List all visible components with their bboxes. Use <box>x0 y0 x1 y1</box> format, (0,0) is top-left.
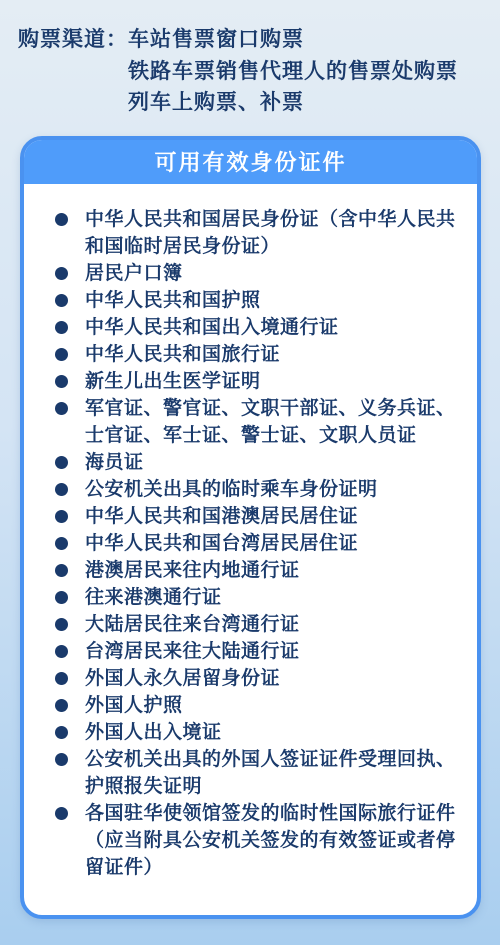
bullet-icon <box>55 726 68 739</box>
purchase-channels-lines: 车站售票窗口购票 铁路车票销售代理人的售票处购票 列车上购票、补票 <box>128 24 486 119</box>
list-item: 外国人永久居留身份证 <box>55 665 469 692</box>
list-item: 港澳居民来往内地通行证 <box>55 557 469 584</box>
item-text: 中华人民共和国出入境通行证 <box>85 316 339 338</box>
bullet-icon <box>55 294 68 307</box>
item-text: 公安机关出具的外国人签证证件受理回执、 护照报失证明 <box>85 748 456 797</box>
list-item: 海员证 <box>55 449 469 476</box>
item-text: 各国驻华使领馆签发的临时性国际旅行证件 （应当附具公安机关签发的有效签证或者停 … <box>85 802 456 878</box>
item-text: 公安机关出具的临时乘车身份证明 <box>85 478 378 500</box>
list-item: 中华人民共和国出入境通行证 <box>55 314 469 341</box>
list-item: 往来港澳通行证 <box>55 584 469 611</box>
bullet-icon <box>55 267 68 280</box>
list-item: 台湾居民来往大陆通行证 <box>55 638 469 665</box>
item-text: 居民户口簿 <box>85 262 183 284</box>
list-item: 外国人出入境证 <box>55 719 469 746</box>
item-text: 海员证 <box>85 451 144 473</box>
bullet-icon <box>55 213 68 226</box>
item-text: 中华人民共和国台湾居民居住证 <box>85 532 358 554</box>
purchase-channels-section: 购票渠道： 车站售票窗口购票 铁路车票销售代理人的售票处购票 列车上购票、补票 <box>0 0 500 119</box>
item-text: 新生儿出生医学证明 <box>85 370 261 392</box>
list-item: 中华人民共和国旅行证 <box>55 341 469 368</box>
bullet-icon <box>55 618 68 631</box>
list-item: 中华人民共和国护照 <box>55 287 469 314</box>
bullet-icon <box>55 645 68 658</box>
bullet-icon <box>55 375 68 388</box>
item-text: 中华人民共和国居民身份证（含中华人民共 和国临时居民身份证） <box>85 208 456 257</box>
channel-line: 铁路车票销售代理人的售票处购票 <box>128 56 486 88</box>
list-item: 公安机关出具的外国人签证证件受理回执、 护照报失证明 <box>55 746 469 800</box>
item-text: 中华人民共和国护照 <box>85 289 261 311</box>
list-item: 各国驻华使领馆签发的临时性国际旅行证件 （应当附具公安机关签发的有效签证或者停 … <box>55 800 469 881</box>
item-text: 军官证、警官证、文职干部证、义务兵证、 士官证、军士证、警士证、文职人员证 <box>85 397 456 446</box>
list-item: 公安机关出具的临时乘车身份证明 <box>55 476 469 503</box>
item-text: 大陆居民往来台湾通行证 <box>85 613 300 635</box>
bullet-icon <box>55 672 68 685</box>
bullet-icon <box>55 591 68 604</box>
item-text: 外国人永久居留身份证 <box>85 667 280 689</box>
list-item: 中华人民共和国居民身份证（含中华人民共 和国临时居民身份证） <box>55 206 469 260</box>
item-text: 往来港澳通行证 <box>85 586 222 608</box>
list-item: 军官证、警官证、文职干部证、义务兵证、 士官证、军士证、警士证、文职人员证 <box>55 395 469 449</box>
item-text: 中华人民共和国港澳居民居住证 <box>85 505 358 527</box>
item-text: 中华人民共和国旅行证 <box>85 343 280 365</box>
list-item: 新生儿出生医学证明 <box>55 368 469 395</box>
item-text: 港澳居民来往内地通行证 <box>85 559 300 581</box>
item-text: 外国人出入境证 <box>85 721 222 743</box>
channel-line: 列车上购票、补票 <box>128 87 486 119</box>
purchase-channels-label: 购票渠道： <box>18 24 128 56</box>
id-list: 中华人民共和国居民身份证（含中华人民共 和国临时居民身份证） 居民户口簿 中华人… <box>24 184 477 915</box>
bullet-icon <box>55 321 68 334</box>
bullet-icon <box>55 564 68 577</box>
card-title: 可用有效身份证件 <box>24 140 477 184</box>
item-text: 外国人护照 <box>85 694 183 716</box>
bullet-icon <box>55 753 68 766</box>
bullet-icon <box>55 348 68 361</box>
page: 购票渠道： 车站售票窗口购票 铁路车票销售代理人的售票处购票 列车上购票、补票 … <box>0 0 500 945</box>
bullet-icon <box>55 483 68 496</box>
list-item: 外国人护照 <box>55 692 469 719</box>
bullet-icon <box>55 537 68 550</box>
channel-line: 车站售票窗口购票 <box>128 24 486 56</box>
bullet-icon <box>55 807 68 820</box>
valid-id-card: 可用有效身份证件 中华人民共和国居民身份证（含中华人民共 和国临时居民身份证） … <box>20 136 481 919</box>
bullet-icon <box>55 699 68 712</box>
bullet-icon <box>55 402 68 415</box>
list-item: 大陆居民往来台湾通行证 <box>55 611 469 638</box>
item-text: 台湾居民来往大陆通行证 <box>85 640 300 662</box>
list-item: 居民户口簿 <box>55 260 469 287</box>
list-item: 中华人民共和国台湾居民居住证 <box>55 530 469 557</box>
list-item: 中华人民共和国港澳居民居住证 <box>55 503 469 530</box>
bullet-icon <box>55 510 68 523</box>
bullet-icon <box>55 456 68 469</box>
